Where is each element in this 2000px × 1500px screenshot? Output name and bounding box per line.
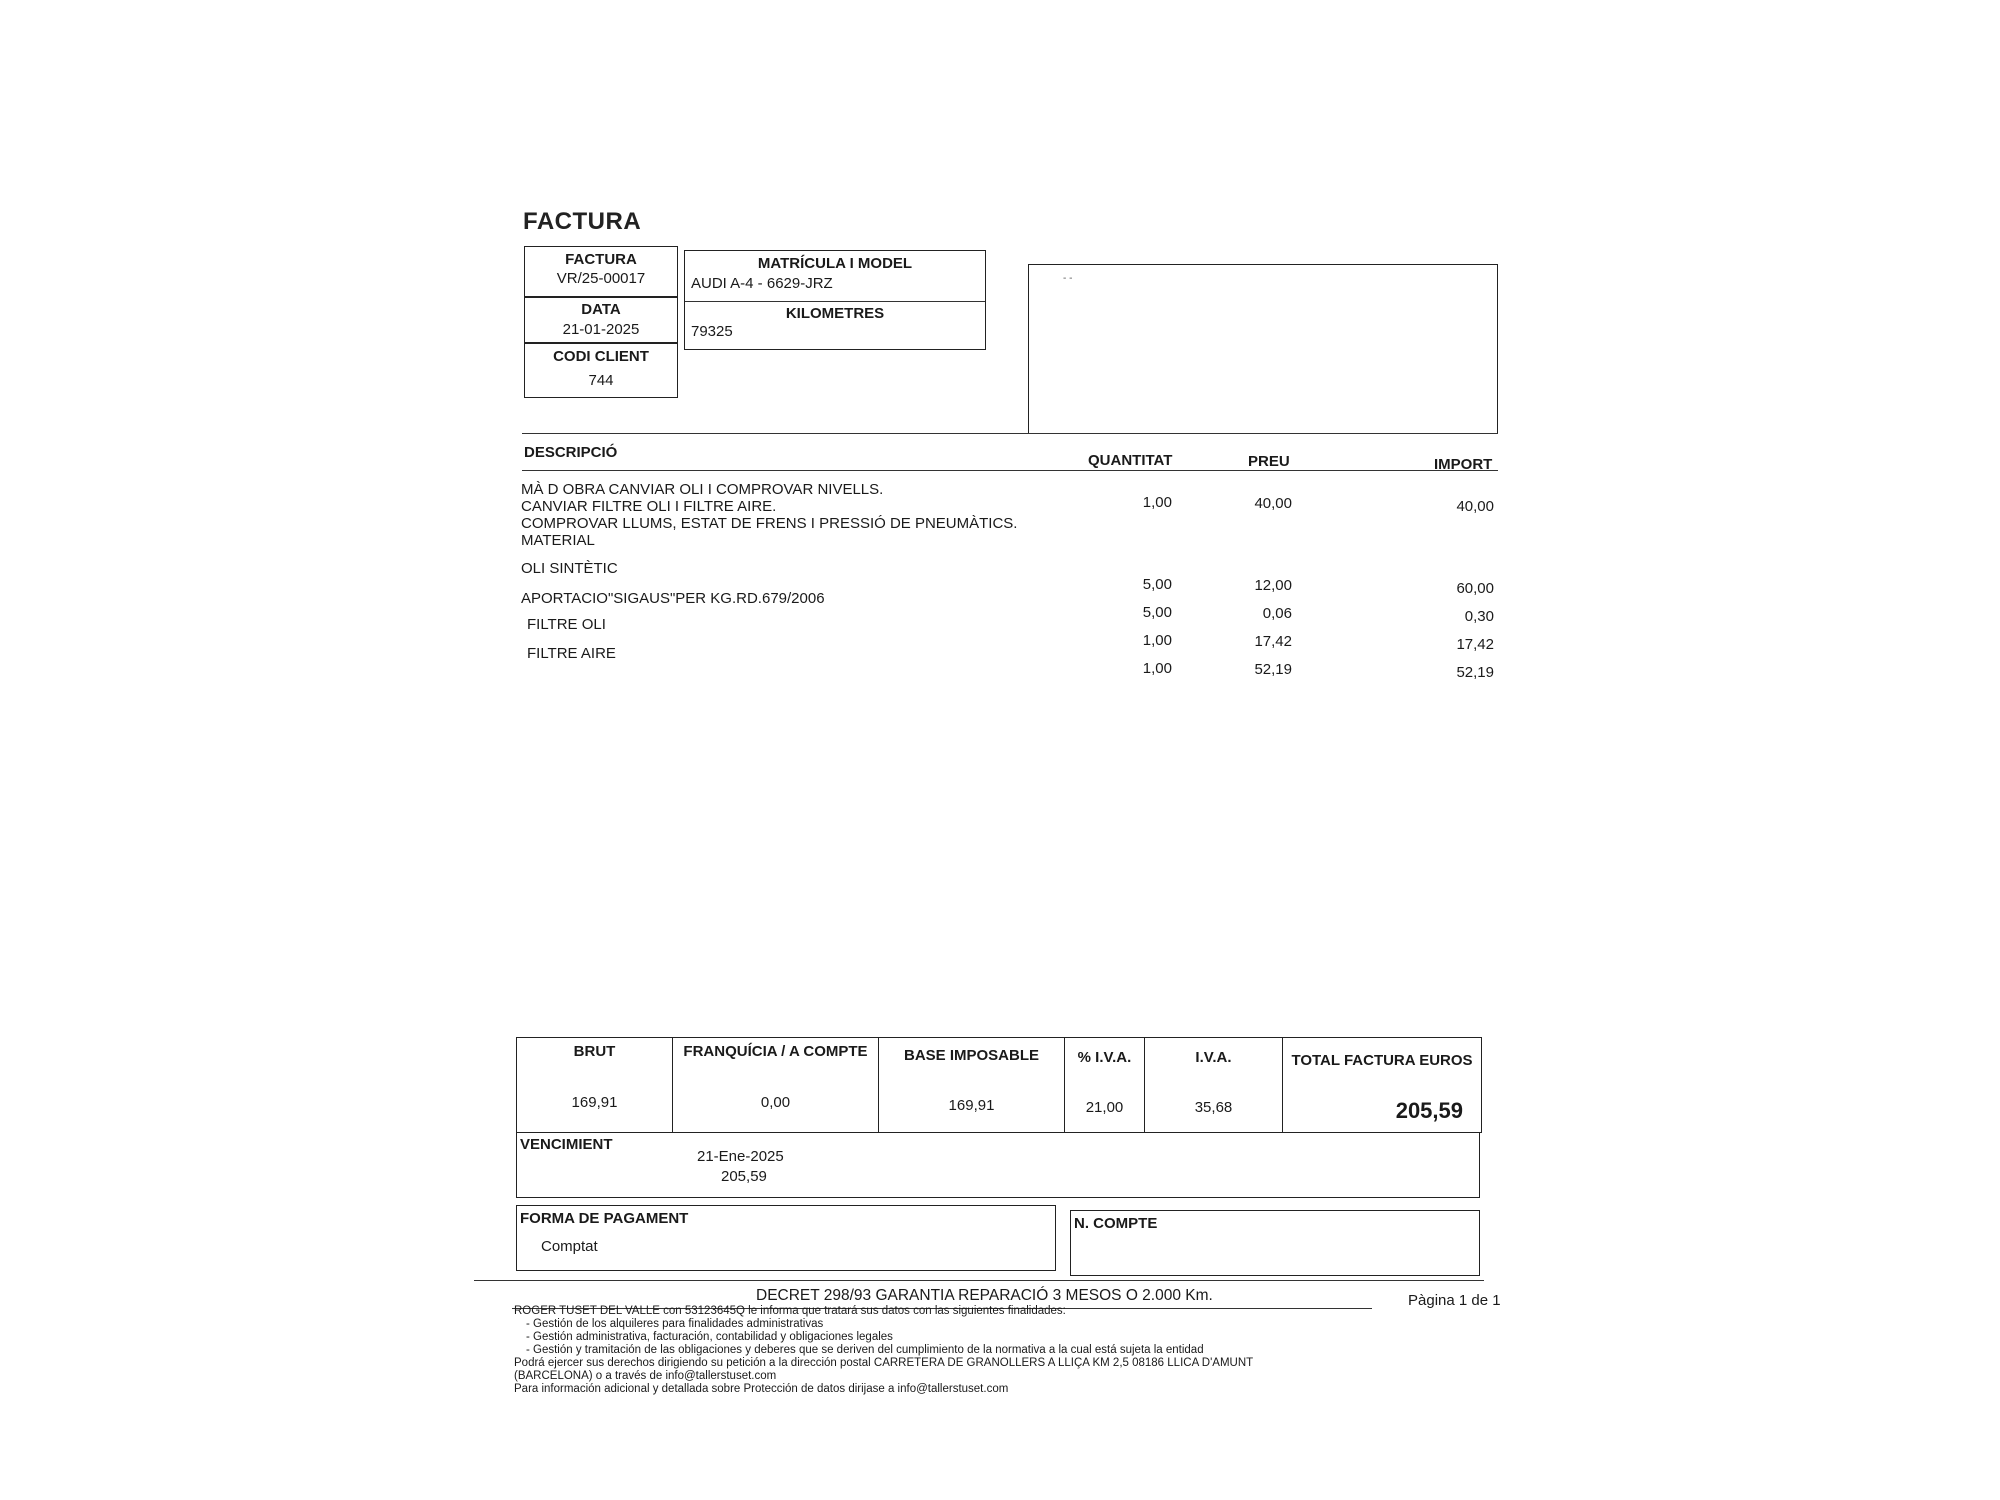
invoice-number: VR/25-00017 (525, 270, 677, 287)
col-description: DESCRIPCIÓ (524, 444, 617, 461)
privacy-notice: ROGER TUSET DEL VALLE con 53123645Q le i… (514, 1305, 1253, 1396)
item-amount: 0,30 (1414, 608, 1494, 625)
labor-line: COMPROVAR LLUMS, ESTAT DE FRENS I PRESSI… (521, 515, 1017, 532)
item-amount: 17,42 (1414, 636, 1494, 653)
vehicle-box: MATRÍCULA I MODEL AUDI A-4 - 6629-JRZ KI… (684, 250, 986, 350)
customer-address: - - (1063, 273, 1072, 284)
account-label: N. COMPTE (1074, 1215, 1157, 1232)
tax-base-cell: BASE IMPOSABLE 169,91 (879, 1038, 1065, 1132)
labor-line: CANVIAR FILTRE OLI I FILTRE AIRE. (521, 498, 1017, 515)
vat-cell: I.V.A. 35,68 (1145, 1038, 1283, 1132)
invoice-number-box: FACTURA VR/25-00017 (524, 246, 678, 298)
warranty-text: DECRET 298/93 GARANTIA REPARACIÓ 3 MESOS… (756, 1287, 1213, 1305)
item-price: 0,06 (1212, 605, 1292, 622)
privacy-line: - Gestión y tramitación de las obligacio… (514, 1344, 1253, 1357)
deductible-label: FRANQUÍCIA / A COMPTE (673, 1043, 878, 1060)
due-amount: 205,59 (721, 1168, 767, 1185)
page-number: Pàgina 1 de 1 (1408, 1292, 1501, 1309)
labor-amount: 40,00 (1414, 498, 1494, 515)
item-description: APORTACIO"SIGAUS"PER KG.RD.679/2006 (521, 590, 825, 607)
col-price: PREU (1248, 453, 1290, 470)
item-price: 12,00 (1212, 577, 1292, 594)
item-quantity: 1,00 (1092, 660, 1172, 677)
item-description: FILTRE AIRE (527, 645, 616, 662)
km-value: 79325 (691, 323, 733, 340)
privacy-line: Podrá ejercer sus derechos dirigiendo su… (514, 1357, 1253, 1370)
km-label: KILOMETRES (685, 305, 985, 322)
document-title: FACTURA (523, 208, 641, 236)
item-quantity: 5,00 (1092, 576, 1172, 593)
due-box: VENCIMIENT 21-Ene-2025 205,59 (516, 1132, 1480, 1198)
deductible-cell: FRANQUÍCIA / A COMPTE 0,00 (673, 1038, 879, 1132)
vat-value: 35,68 (1145, 1099, 1282, 1116)
customer-address-box: - - (1028, 264, 1498, 434)
tax-base-value: 169,91 (879, 1097, 1064, 1114)
total-cell: TOTAL FACTURA EUROS 205,59 (1283, 1038, 1481, 1132)
item-description: FILTRE OLI (527, 616, 606, 633)
payment-method-label: FORMA DE PAGAMENT (520, 1210, 688, 1227)
vat-label: I.V.A. (1145, 1049, 1282, 1066)
item-description: OLI SINTÈTIC (521, 560, 618, 577)
client-code-box: CODI CLIENT 744 (524, 342, 678, 398)
gross-label: BRUT (517, 1043, 672, 1060)
tax-base-label: BASE IMPOSABLE (879, 1047, 1064, 1064)
plate-model-label: MATRÍCULA I MODEL (685, 255, 985, 272)
privacy-line: - Gestión de los alquileres para finalid… (514, 1318, 1253, 1331)
invoice-date: 21-01-2025 (525, 321, 677, 338)
total-label: TOTAL FACTURA EUROS (1283, 1052, 1481, 1069)
client-code-label: CODI CLIENT (525, 348, 677, 365)
item-price: 52,19 (1212, 661, 1292, 678)
total-value: 205,59 (1396, 1098, 1463, 1124)
material-label: MATERIAL (521, 532, 1017, 549)
labor-quantity: 1,00 (1092, 494, 1172, 511)
privacy-line: (BARCELONA) o a través de info@tallerstu… (514, 1370, 1253, 1383)
totals-table: BRUT 169,91 FRANQUÍCIA / A COMPTE 0,00 B… (516, 1037, 1482, 1133)
vat-rate-cell: % I.V.A. 21,00 (1065, 1038, 1145, 1132)
vat-rate-label: % I.V.A. (1065, 1049, 1144, 1066)
payment-method-box: FORMA DE PAGAMENT Comptat (516, 1205, 1056, 1271)
privacy-line: ROGER TUSET DEL VALLE con 53123645Q le i… (514, 1305, 1253, 1318)
col-quantity: QUANTITAT (1088, 452, 1172, 469)
privacy-line: - Gestión administrativa, facturación, c… (514, 1331, 1253, 1344)
payment-method: Comptat (541, 1238, 598, 1255)
deductible-value: 0,00 (673, 1094, 878, 1111)
plate-model: AUDI A-4 - 6629-JRZ (691, 275, 833, 292)
item-quantity: 1,00 (1092, 632, 1172, 649)
due-label: VENCIMIENT (520, 1136, 613, 1153)
account-box: N. COMPTE (1070, 1210, 1480, 1276)
gross-cell: BRUT 169,91 (517, 1038, 673, 1132)
privacy-line: Para información adicional y detallada s… (514, 1383, 1253, 1396)
gross-value: 169,91 (517, 1094, 672, 1111)
item-amount: 60,00 (1414, 580, 1494, 597)
labor-line: MÀ D OBRA CANVIAR OLI I COMPROVAR NIVELL… (521, 481, 1017, 498)
date-label: DATA (525, 301, 677, 318)
labor-description: MÀ D OBRA CANVIAR OLI I COMPROVAR NIVELL… (521, 481, 1017, 549)
date-box: DATA 21-01-2025 (524, 296, 678, 344)
due-date: 21-Ene-2025 (697, 1148, 784, 1165)
item-amount: 52,19 (1414, 664, 1494, 681)
item-price: 17,42 (1212, 633, 1292, 650)
vat-rate-value: 21,00 (1065, 1099, 1144, 1116)
labor-price: 40,00 (1212, 495, 1292, 512)
item-quantity: 5,00 (1092, 604, 1172, 621)
client-code: 744 (525, 372, 677, 389)
invoice-number-label: FACTURA (525, 251, 677, 268)
